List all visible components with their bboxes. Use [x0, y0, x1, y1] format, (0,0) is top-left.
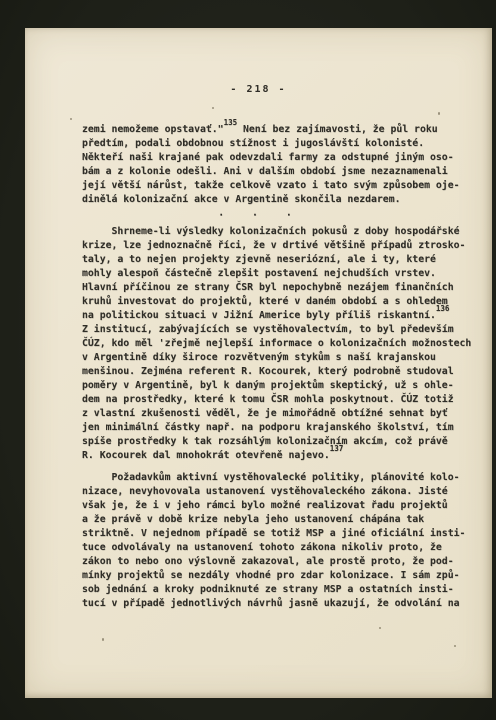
document-page: - 218 - zemi nemožeme opstavať."135 Není…: [25, 28, 492, 698]
paper-speck: [102, 638, 104, 641]
paragraph: Požadavkům aktivní vystěhovalecké politi…: [82, 471, 484, 611]
text-line: striktně. V nejednom případě se totiž MS…: [82, 527, 484, 541]
text-line: taly, a to nejen projekty zjevně neserió…: [82, 253, 484, 267]
text-line: Někteří naši krajané pak odevzdali farmy…: [82, 151, 484, 165]
footnote-reference: 135: [224, 118, 238, 127]
text-line: bám a z kolonie odešli. Ani v dalším obd…: [82, 165, 484, 179]
text-line: kruhů investovat do projektů, které v da…: [82, 295, 484, 309]
text-line: Shrneme-li výsledky kolonizačních pokusů…: [82, 225, 484, 239]
text-line: na politickou situaci v Jižní Americe by…: [82, 309, 484, 323]
text-line: Požadavkům aktivní vystěhovalecké politi…: [82, 471, 484, 485]
text-line: dinělá kolonizační akce v Argentině skon…: [82, 193, 484, 207]
text-line: R. Kocourek dal mnohokrát otevřeně najev…: [82, 449, 484, 463]
text-line: tuce odvolávaly na ustanovení tohoto zák…: [82, 541, 484, 555]
paragraph: Shrneme-li výsledky kolonizačních pokusů…: [82, 225, 484, 463]
text-line: menšinou. Zejména referent R. Kocourek, …: [82, 365, 484, 379]
scanned-document: { "page": { "page_number": "- 218 -", "c…: [0, 0, 496, 720]
text-line: tucí v případě jednotlivých návrhů jasně…: [82, 597, 484, 611]
text-line: sob jednání a kroky podniknuté ze strany…: [82, 583, 484, 597]
paper-speck: [70, 118, 72, 120]
text-line: ČÚZ, kdo měl 'zřejmě nejlepší informace …: [82, 337, 484, 351]
text-line: zákon to nebo ono výslovně zakazoval, al…: [82, 555, 484, 569]
paper-speck: [212, 107, 214, 109]
text-line: z vlastní zkušenosti věděl, že je mimořá…: [82, 407, 484, 421]
text-line: nizace, nevyhovovala ustanovení vystěhov…: [82, 485, 484, 499]
text-line: její větší nárůst, takže celkově vzato i…: [82, 179, 484, 193]
text-line: Z institucí, zabývajících se vystěhovale…: [82, 323, 484, 337]
text-line: mohly alespoň částečně zlepšit postavení…: [82, 267, 484, 281]
text-line: a že právě v době krize nebyla jeho usta…: [82, 513, 484, 527]
text-line: dem na prostředky, které k tomu ČSR mohl…: [82, 393, 484, 407]
text-line: mínky projektů se nezdály vhodné pro zda…: [82, 569, 484, 583]
text-line: poměry v Argentině, byl k daným projektů…: [82, 379, 484, 393]
text-line: v Argentině díky široce rozvětveným styk…: [82, 351, 484, 365]
footnote-reference: 136: [436, 304, 450, 313]
paragraph: zemi nemožeme opstavať."135 Není bez zaj…: [82, 123, 484, 207]
text-line: předtím, podali obdobnou stížnost i jugo…: [82, 137, 484, 151]
text-line: Hlavní příčinou ze strany ČSR byl nepoch…: [82, 281, 484, 295]
body-text: zemi nemožeme opstavať."135 Není bez zaj…: [82, 123, 484, 611]
footnote-reference: 137: [330, 444, 344, 453]
page-number: - 218 -: [25, 84, 492, 95]
text-line: jen minimální částky např. na podporu kr…: [82, 421, 484, 435]
paper-speck: [330, 600, 331, 602]
paper-speck: [438, 112, 440, 115]
section-separator: · · ·: [25, 209, 485, 223]
text-line: však je, že i v jeho rámci bylo možné re…: [82, 499, 484, 513]
paper-speck: [454, 645, 456, 647]
text-line: zemi nemožeme opstavať."135 Není bez zaj…: [82, 123, 484, 137]
paper-speck: [379, 627, 381, 629]
text-line: krize, lze jednoznačně říci, že v drtivé…: [82, 239, 484, 253]
text-line: spíše prostředky k tak rozsáhlým koloniz…: [82, 435, 484, 449]
